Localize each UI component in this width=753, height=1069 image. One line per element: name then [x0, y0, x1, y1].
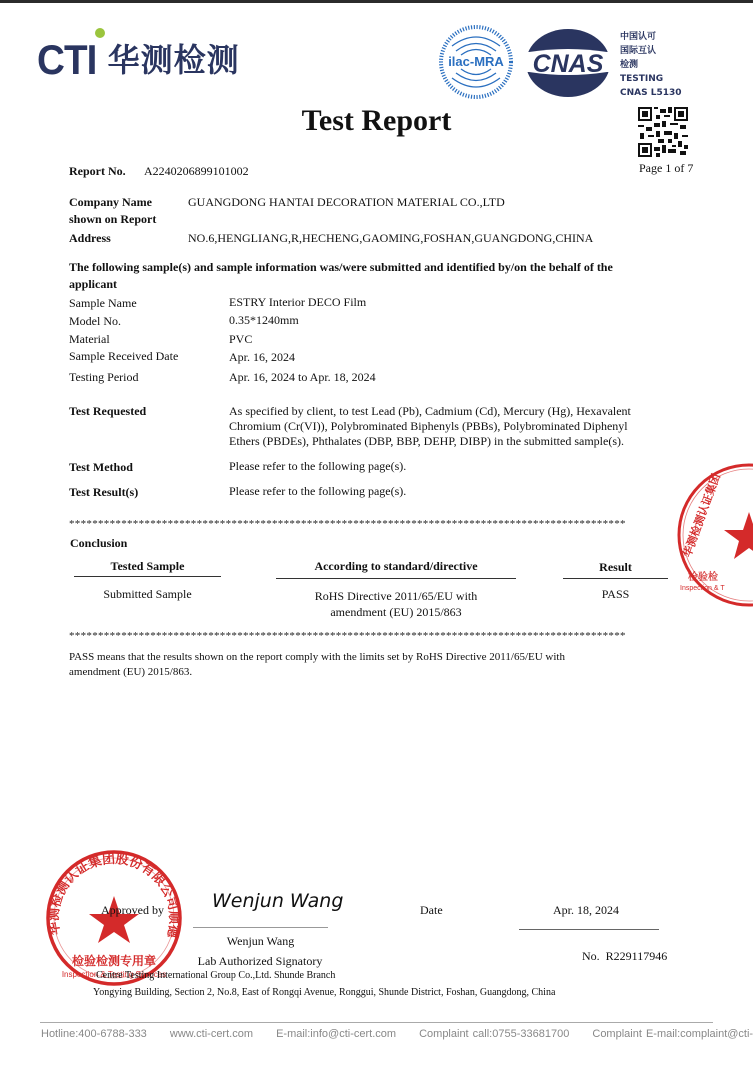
row-standard: RoHS Directive 2011/65/EU with amendment… [276, 588, 516, 620]
footer-contacts: Hotline:400-6788-333 www.cti-cert.com E-… [41, 1028, 753, 1040]
page-indicator: Page 1 of 7 [639, 161, 693, 176]
material-label: Material [69, 332, 110, 347]
footer-website[interactable]: www.cti-cert.com [170, 1028, 253, 1040]
test-requested-value: As specified by client, to test Lead (Pb… [229, 404, 631, 449]
signer-name: Wenjun Wang [193, 934, 328, 949]
col-underline [74, 576, 221, 577]
accreditation-line: 中国认可 [620, 30, 682, 44]
row-standard-line: RoHS Directive 2011/65/EU with [276, 588, 516, 604]
cti-logo-text: CTI [37, 40, 96, 80]
serial-number: No. R229117946 [582, 949, 667, 964]
test-requested-line: As specified by client, to test Lead (Pb… [229, 404, 631, 419]
sample-name-label: Sample Name [69, 296, 137, 311]
testing-period-value: Apr. 16, 2024 to Apr. 18, 2024 [229, 370, 376, 385]
qr-code-icon[interactable] [638, 107, 688, 157]
material-value: PVC [229, 332, 252, 347]
cnas-logo-icon: CNAS [525, 28, 611, 98]
sample-name-value: ESTRY Interior DECO Film [229, 295, 366, 310]
address-value: NO.6,HENGLIANG,R,HECHENG,GAOMING,FOSHAN,… [188, 231, 593, 246]
test-requested-label: Test Requested [69, 404, 146, 419]
col-underline [276, 578, 516, 579]
footer-complaint-email[interactable]: Complaint E-mail:complaint@cti-cert.com [592, 1028, 753, 1040]
report-no-label: Report No. [69, 164, 126, 179]
svg-text:CNAS: CNAS [533, 50, 604, 78]
test-method-label: Test Method [69, 460, 133, 475]
date-line [519, 929, 659, 930]
company-name-value: GUANGDONG HANTAI DECORATION MATERIAL CO.… [188, 195, 505, 210]
row-standard-line: amendment (EU) 2015/863 [276, 604, 516, 620]
branch-company: Centre Testing International Group Co.,L… [96, 970, 335, 981]
footer-complaint-call: Complaint call:0755-33681700 [419, 1028, 569, 1040]
svg-text:华测检测认证集团股份有限公司顺德分公司: 华测检测认证集团股份有限公司顺德分公司 [38, 848, 182, 940]
company-label-2: shown on Report [69, 212, 156, 227]
svg-text:检验检测专用章: 检验检测专用章 [72, 953, 156, 968]
separator-stars: ****************************************… [69, 630, 626, 642]
test-result-value: Please refer to the following page(s). [229, 484, 406, 499]
seal-stamp-partial-icon: 检验检 Inspection & T 华测检测认证集团 [676, 462, 753, 608]
sample-intro-2: applicant [69, 277, 117, 292]
ilac-mra-logo-icon: ilac-MRA [438, 24, 514, 100]
footer-hotline: Hotline:400-6788-333 [41, 1028, 147, 1040]
conclusion-note-line: PASS means that the results shown on the… [69, 650, 565, 665]
branch-address: Yongying Building, Section 2, No.8, East… [93, 987, 555, 998]
test-method-value: Please refer to the following page(s). [229, 459, 406, 474]
test-requested-line: Ethers (PBDEs), Phthalates (DBP, BBP, DE… [229, 434, 631, 449]
col-underline [563, 578, 668, 579]
accreditation-line: CNAS L5130 [620, 86, 682, 100]
conclusion-heading: Conclusion [70, 536, 127, 551]
signer-title: Lab Authorized Signatory [180, 954, 340, 969]
received-date-value: Apr. 16, 2024 [229, 350, 295, 365]
signature-line [193, 927, 328, 928]
report-no-value: A2240206899101002 [144, 164, 249, 179]
model-no-label: Model No. [69, 314, 121, 329]
accreditation-text: 中国认可 国际互认 检测 TESTING CNAS L5130 [620, 30, 682, 100]
cti-logo: CTI 华测检测 [37, 36, 240, 80]
accreditation-line: 国际互认 [620, 44, 682, 58]
svg-text:ilac-MRA: ilac-MRA [448, 54, 504, 69]
address-label: Address [69, 231, 111, 246]
col-header-tested-sample: Tested Sample [74, 559, 221, 574]
conclusion-note: PASS means that the results shown on the… [69, 650, 565, 680]
col-header-standard: According to standard/directive [276, 559, 516, 574]
signature-image: Wenjun Wang [212, 890, 343, 912]
logo-dot [95, 28, 105, 38]
accreditation-line: TESTING [620, 72, 682, 86]
date-label: Date [420, 903, 443, 918]
svg-text:检验检: 检验检 [688, 570, 719, 583]
received-date-label: Sample Received Date [69, 349, 178, 364]
conclusion-note-line: amendment (EU) 2015/863. [69, 665, 565, 680]
footer-divider [40, 1022, 713, 1023]
footer-email[interactable]: E-mail:info@cti-cert.com [276, 1028, 396, 1040]
testing-period-label: Testing Period [69, 370, 139, 385]
svg-text:Inspection & T: Inspection & T [680, 585, 725, 592]
test-result-label: Test Result(s) [69, 485, 138, 500]
date-value: Apr. 18, 2024 [553, 903, 619, 918]
test-requested-line: Chromium (Cr(VI)), Polybrominated Biphen… [229, 419, 631, 434]
row-tested-sample: Submitted Sample [74, 587, 221, 602]
model-no-value: 0.35*1240mm [229, 313, 299, 328]
col-header-result: Result [563, 560, 668, 575]
row-result: PASS [563, 587, 668, 602]
separator-stars: ****************************************… [69, 518, 626, 530]
svg-text:华测检测认证集团: 华测检测认证集团 [680, 472, 723, 559]
sample-intro: The following sample(s) and sample infor… [69, 260, 613, 275]
cti-logo-chinese: 华测检测 [108, 40, 240, 80]
top-border [0, 0, 753, 3]
company-label: Company Name [69, 195, 152, 210]
accreditation-line: 检测 [620, 58, 682, 72]
approved-by-label: Approved by [101, 903, 164, 918]
